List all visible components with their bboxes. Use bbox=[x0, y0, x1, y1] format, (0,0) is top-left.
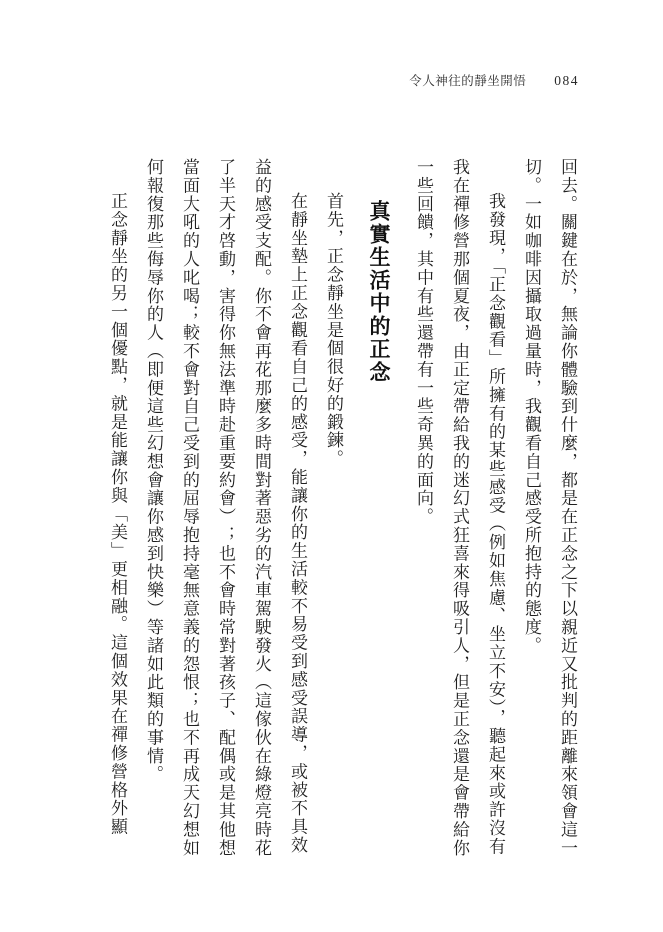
book-page: 令人神往的靜坐開悟 084 回去。關鍵在於，無論你體驗到什麼，都是在正念之下以親… bbox=[0, 0, 663, 932]
paragraph-1: 回去。關鍵在於，無論你體驗到什麼，都是在正念之下以親近又批判的距離來領會這一切。… bbox=[513, 158, 585, 862]
section-heading: 真實生活中的正念 bbox=[356, 158, 400, 862]
running-title: 令人神往的靜坐開悟 bbox=[409, 71, 526, 89]
page-header: 令人神往的靜坐開悟 084 bbox=[409, 71, 579, 89]
page-body: 回去。關鍵在於，無論你體驗到什麼，都是在正念之下以親近又批判的距離來領會這一切。… bbox=[99, 158, 585, 862]
paragraph-4: 在靜坐墊上正念觀看自己的感受，能讓你的生活較不易受到感受誤導，或被不具效益的感受… bbox=[135, 158, 315, 862]
paragraph-5: 正念靜坐的另一個優點，就是能讓你與「美」更相融。這個效果在禪修營格外顯 bbox=[99, 158, 135, 862]
page-number: 084 bbox=[554, 73, 579, 89]
paragraph-2: 我發現，「正念觀看」所擁有的某些感受（例如焦慮、坐立不安），聽起來或許沒有我在禪… bbox=[405, 158, 513, 862]
paragraph-3: 首先，正念靜坐是個很好的鍛鍊。 bbox=[315, 158, 351, 862]
